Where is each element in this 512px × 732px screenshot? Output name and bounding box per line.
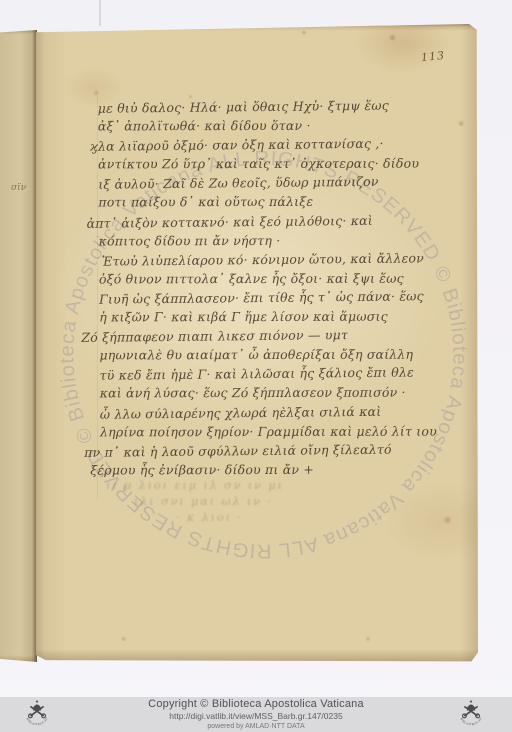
folio-number: 113 [420, 49, 445, 64]
manuscript-line: πν π᾽ καὶ ἡ λαοῦ σφύλλων ειλιά οἴνη ξίλε… [84, 439, 436, 462]
manuscript-line: κόπιτος δίδου πι ἄν νήστη · [99, 230, 435, 250]
bleed-through-line: ιι μ λιοι ειμ ιλ σν ιν μι [106, 478, 406, 494]
vatican-library-seal-icon: BIBLIOTECA APOSTOLICA VATICANA [455, 698, 487, 730]
footer-manifest-url: http://digi.vatlib.it/view/MSS_Barb.gr.1… [169, 712, 342, 721]
footer-text-stack: Copyright © Biblioteca Apostolica Vatica… [148, 699, 364, 730]
manuscript-line: μηωνιαλὲ θυ αιαίματ᾽ ὦ ἀποθερίξαι ὄξη σα… [99, 345, 435, 365]
manuscript-page: © Biblioteca Apostolica Vaticana ALL RIG… [36, 24, 478, 662]
bleed-through-text: ιι μ λιοι ειμ ιλ σν ιν μιιλι σνι μαι ωλ … [106, 478, 406, 526]
manuscript-line: Ἑτωὐ λιὐπελίαρου κό· κόνιμον ὥτου, καὶ ἄ… [102, 248, 435, 271]
manuscript-line: ὀξό θινον πιττολα᾽ ξαλνε ἧς ὄξοι· καὶ ξψ… [99, 268, 435, 288]
manuscript-line: ποτι παίξου δ᾽ καὶ οὕτως πάλιξε [98, 192, 434, 212]
manuscript-line: ὦ λλω σύλιαρένης χλωρά ηὲλξαι σιλιά καὶ [100, 401, 436, 424]
vatican-library-seal-icon: BIBLIOTECA APOSTOLICA VATICANA [21, 698, 53, 730]
marginal-note: σϊν [11, 183, 26, 193]
underlying-page-edge [99, 0, 101, 26]
paper-stain [365, 636, 371, 642]
manuscript-line: με θιὐ δαλος· Ηλά· μαὶ ὅθαις Ηχὑ· ξτμψ ἕ… [98, 95, 434, 118]
paper-stain [457, 120, 465, 127]
paper-stain [120, 636, 127, 642]
bleed-through-line: · κ λιοι · [176, 510, 406, 526]
paper-stain [443, 516, 452, 524]
facing-page-sliver [0, 30, 37, 662]
manuscript-line: Γιυῆ ὡς ξάππλασεον· ἔπι τίθε ἧς τ᾽ ὡς πά… [99, 286, 435, 309]
paper-stain [301, 30, 307, 35]
manuscript-line: ληρίνα ποίησον ξηρίον· Γραμμίδαι καὶ μελ… [100, 421, 436, 441]
manuscript-line: ἀπτ᾽ ἀιξὸν κοττακνό· καὶ ξεό μιλόθοις· κ… [86, 210, 434, 233]
footer-powered-by: powered by AMLAD·NTT DATA [207, 723, 304, 730]
scan-viewer-canvas: σϊν © Biblioteca Apostolica Vaticana ALL… [0, 0, 512, 732]
bleed-through-line: ιλι σνι μαι ωλ ιν · [134, 494, 406, 510]
paper-stain [388, 34, 397, 41]
manuscript-line: ξέρμου ἧς ἐνίβασιν· δίδου πι ἄν + [90, 459, 436, 479]
footer-copyright: Copyright © Biblioteca Apostolica Vatica… [148, 699, 364, 710]
manuscript-line: καὶ ἀνή λύσας· ἕως Ζό ξήππλασεον ξποπισό… [100, 383, 436, 403]
attribution-footer-bar: Copyright © Biblioteca Apostolica Vatica… [0, 697, 512, 732]
manuscript-line: ἀξ᾽ ἀπολϊτωθά· καὶ δίδου ὅταν · [98, 116, 434, 136]
manuscript-line: ἡ κιξῶν Γ· καὶ κιβά Γ ἥμε λίσον καὶ ἅμωσ… [99, 307, 435, 327]
manuscript-text-block: με θιὐ δαλος· Ηλά· μαὶ ὅθαις Ηχὑ· ξτμψ ἕ… [98, 96, 437, 480]
